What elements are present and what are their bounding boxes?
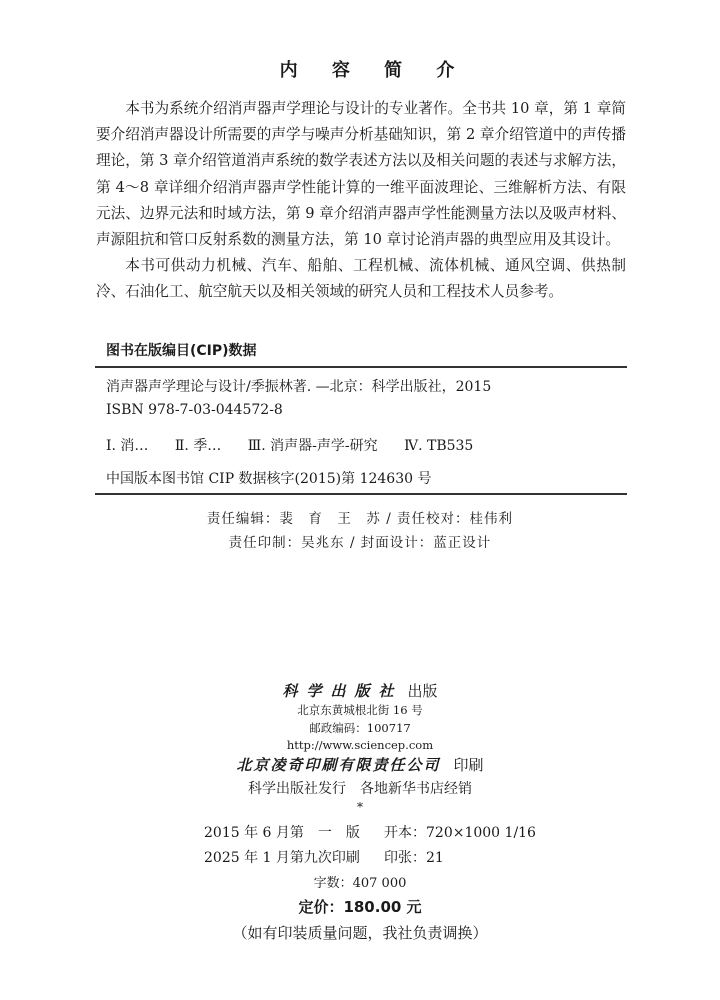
- quality-note: （如有印装质量问题，我社负责调换）: [0, 922, 720, 943]
- book-format: 开本：720×1000 1/16: [384, 822, 536, 842]
- printing-info: 2025 年 1 月第九次印刷: [204, 850, 360, 866]
- printer-line: 北京凌奇印刷有限责任公司 印刷: [0, 754, 720, 775]
- intro-paragraph: 本书为系统介绍消声器声学理论与设计的专业著作。全书共 10 章，第 1 章简要介…: [96, 96, 626, 253]
- separator-asterisk: *: [0, 800, 720, 814]
- credits-production: 责任印制：吴兆东 / 封面设计：蓝正设计: [0, 531, 720, 551]
- publisher-website: http://www.sciencep.com: [0, 738, 720, 752]
- introduction-body: 本书为系统介绍消声器声学理论与设计的专业著作。全书共 10 章，第 1 章简要介…: [96, 96, 626, 306]
- cip-number: 中国版本图书馆 CIP 数据核字(2015)第 124630 号: [106, 468, 431, 488]
- cip-title-line: 消声器声学理论与设计/季振林著. —北京：科学出版社，2015: [106, 376, 491, 396]
- printer-suffix: 印刷: [454, 756, 484, 774]
- classification-item: Ⅰ. 消…: [106, 438, 148, 454]
- credits-editors: 责任编辑：裴 育 王 苏 / 责任校对：桂伟利: [0, 507, 720, 527]
- intro-paragraph: 本书可供动力机械、汽车、船舶、工程机械、流体机械、通风空调、供热制冷、石油化工、…: [96, 253, 626, 305]
- edition-line: 2015 年 6 月第 一 版 开本：720×1000 1/16: [204, 822, 360, 842]
- publisher-name: 科学出版社: [282, 682, 402, 700]
- printing-line: 2025 年 1 月第九次印刷 印张：21: [204, 847, 360, 867]
- publisher-line: 科学出版社 出版: [0, 680, 720, 701]
- cip-isbn: ISBN 978-7-03-044572-8: [106, 402, 283, 418]
- publisher-suffix: 出版: [408, 682, 438, 700]
- cip-heading: 图书在版编目(CIP)数据: [106, 340, 257, 360]
- word-count: 字数：407 000: [0, 872, 720, 891]
- classification-item: Ⅳ. TB535: [404, 438, 473, 454]
- divider: [95, 366, 627, 368]
- divider: [95, 493, 627, 495]
- classification-item: Ⅱ. 季…: [175, 438, 221, 454]
- cip-classification: Ⅰ. 消… Ⅱ. 季… Ⅲ. 消声器-声学-研究 Ⅳ. TB535: [106, 435, 495, 455]
- first-edition: 2015 年 6 月第 一 版: [204, 825, 360, 841]
- publisher-address: 北京东黄城根北街 16 号: [0, 702, 720, 718]
- classification-item: Ⅲ. 消声器-声学-研究: [248, 438, 378, 454]
- price: 定价：180.00 元: [0, 896, 720, 917]
- printer-name: 北京凌奇印刷有限责任公司: [236, 756, 440, 774]
- distribution-line: 科学出版社发行 各地新华书店经销: [0, 778, 720, 798]
- printed-sheets: 印张：21: [384, 847, 444, 867]
- page-title: 内 容 简 介: [0, 56, 720, 82]
- publisher-postcode: 邮政编码：100717: [0, 720, 720, 736]
